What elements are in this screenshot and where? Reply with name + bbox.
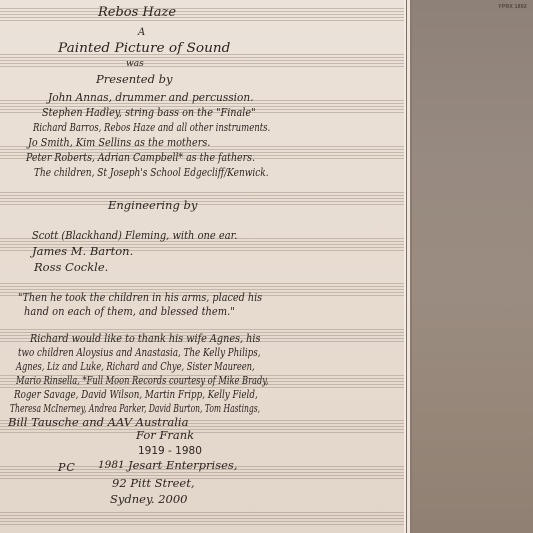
title-was: was <box>126 60 144 69</box>
music-stave <box>0 192 405 206</box>
copyright-year: 1981 <box>98 460 125 471</box>
music-stave <box>0 512 405 526</box>
engineering-credit: Scott (Blackhand) Fleming, with one ear. <box>32 230 237 242</box>
dedication-line: For Frank <box>136 430 194 442</box>
engineering-credit: Ross Cockle. <box>34 262 108 274</box>
quote-line: hand on each of them, and blessed them." <box>24 306 235 318</box>
title-subtitle: Painted Picture of Sound <box>58 42 230 55</box>
thanks-line: Bill Tausche and AAV Australia <box>8 417 188 429</box>
copyright-symbol: PC <box>58 462 76 473</box>
copyright-street: 92 Pitt Street, <box>112 478 195 490</box>
copyright-city: Sydney. 2000 <box>110 494 188 506</box>
music-stave <box>0 8 405 22</box>
dedication-years: 1919 - 1980 <box>138 446 202 457</box>
music-stave <box>0 54 405 68</box>
copyright-company: Jesart Enterprises, <box>128 460 237 472</box>
record-sleeve-panel: YPRX 1892 <box>412 0 533 533</box>
thanks-line: Roger Savage, David Wilson, Martin Fripp… <box>14 389 258 401</box>
title-connector: A <box>138 28 145 38</box>
thanks-line: Agnes, Liz and Luke, Richard and Chye, S… <box>16 361 255 373</box>
performer-line: Peter Roberts, Adrian Campbell* as the f… <box>26 152 255 164</box>
engineering-credit: James M. Barton. <box>32 246 133 258</box>
performer-line: Stephen Hadley, string bass on the "Fina… <box>42 107 256 119</box>
title-name: Rebos Haze <box>98 6 176 19</box>
performer-line: Richard Barros, Rebos Haze and all other… <box>33 122 270 134</box>
manuscript-paper: Rebos Haze A Painted Picture of Sound wa… <box>0 0 405 533</box>
presented-by-label: Presented by <box>96 74 172 86</box>
catalog-number: YPRX 1892 <box>498 4 527 10</box>
thanks-line: Richard would like to thank his wife Agn… <box>30 333 260 345</box>
performer-line: The children, St Joseph's School Edgecli… <box>34 167 269 179</box>
performer-line: John Annas, drummer and percussion. <box>48 92 254 104</box>
engineering-heading: Engineering by <box>108 200 197 212</box>
quote-line: "Then he took the children in his arms, … <box>18 292 262 304</box>
thanks-line: two children Aloysius and Anastasia, The… <box>18 347 261 359</box>
thanks-line: Theresa McInerney, Andrea Parker, David … <box>10 403 260 415</box>
thanks-line: Mario Rinsella, *Full Moon Records court… <box>16 375 269 387</box>
performer-line: Jo Smith, Kim Sellins as the mothers. <box>28 137 210 149</box>
